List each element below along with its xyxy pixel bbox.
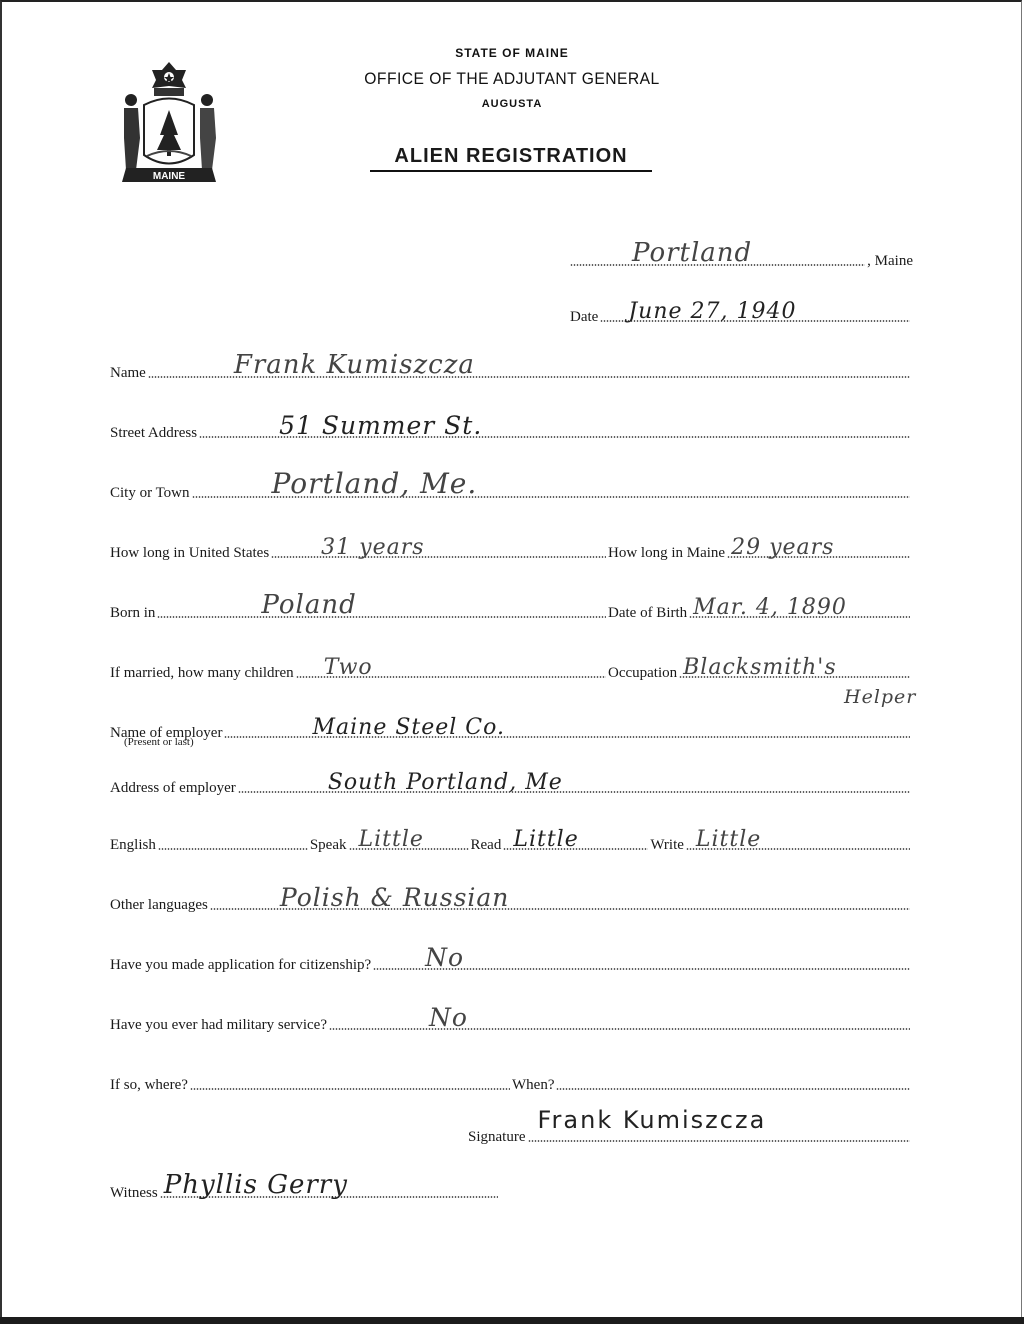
speak-label: Speak [310, 837, 347, 854]
born-in-field[interactable]: Born in Poland [110, 600, 608, 622]
write-value: Little [696, 827, 761, 852]
place-value: Portland [632, 238, 752, 268]
date-of-birth-field[interactable]: Date of Birth Mar. 4, 1890 [608, 600, 912, 622]
how-long-us-label: How long in United States [110, 545, 269, 562]
children-label: If married, how many children [110, 665, 294, 682]
read-label: Read [471, 837, 502, 854]
registration-form-page: MAINE STATE OF MAINE OFFICE OF THE ADJUT… [0, 0, 1022, 1317]
if-so-where-label: If so, where? [110, 1077, 188, 1094]
other-languages-label: Other languages [110, 897, 208, 914]
employer-address-field[interactable]: Address of employer South Portland, Me [110, 775, 912, 797]
occupation-value-line2: Helper [844, 686, 916, 708]
employer-name-note: (Present or last) [124, 736, 194, 748]
employer-address-value: South Portland, Me [328, 770, 563, 795]
speak-value: Little [359, 827, 424, 852]
date-value: June 27, 1940 [628, 299, 796, 324]
other-languages-value: Polish & Russian [280, 883, 510, 912]
how-long-maine-field[interactable]: How long in Maine 29 years [608, 540, 912, 562]
date-of-birth-value: Mar. 4, 1890 [693, 595, 847, 620]
employer-name-value: Maine Steel Co. [312, 715, 505, 740]
street-address-value: 51 Summer St. [279, 411, 482, 440]
citizenship-label: Have you made application for citizenshi… [110, 957, 371, 974]
write-label: Write [650, 837, 684, 854]
how-long-maine-value: 29 years [731, 535, 834, 560]
when-field[interactable]: When? [512, 1072, 912, 1094]
how-long-maine-label: How long in Maine [608, 545, 725, 562]
street-address-label: Street Address [110, 425, 197, 442]
born-in-value: Poland [261, 590, 356, 620]
children-value: Two [324, 655, 373, 680]
date-label: Date [570, 309, 598, 326]
citizenship-field[interactable]: Have you made application for citizenshi… [110, 952, 912, 974]
occupation-label: Occupation [608, 665, 677, 682]
children-field[interactable]: If married, how many children Two [110, 660, 608, 682]
maine-state-seal-icon: MAINE [114, 60, 224, 185]
witness-label: Witness [110, 1185, 158, 1202]
witness-value: Phyllis Gerry [164, 1170, 348, 1200]
other-languages-field[interactable]: Other languages Polish & Russian [110, 892, 912, 914]
street-address-field[interactable]: Street Address 51 Summer St. [110, 420, 912, 442]
signature-value: Frank Kumiszcza [538, 1106, 767, 1134]
scan-border [0, 1317, 1024, 1324]
employer-address-label: Address of employer [110, 780, 236, 797]
header-office: OFFICE OF THE ADJUTANT GENERAL [356, 69, 669, 89]
english-field[interactable]: English Speak Little Read Little Write L… [110, 832, 912, 854]
svg-text:MAINE: MAINE [153, 171, 186, 182]
if-so-where-field[interactable]: If so, where? [110, 1072, 512, 1094]
name-field[interactable]: Name Frank Kumiszcza [110, 360, 912, 382]
date-of-birth-label: Date of Birth [608, 605, 687, 622]
name-value: Frank Kumiszcza [234, 350, 475, 380]
how-long-us-value: 31 years [321, 535, 424, 560]
city-value: Portland, Me. [272, 467, 478, 500]
occupation-field[interactable]: Occupation Blacksmith's [608, 660, 912, 682]
how-long-us-field[interactable]: How long in United States 31 years [110, 540, 608, 562]
signature-label: Signature [468, 1129, 526, 1146]
header-state: STATE OF MAINE [342, 46, 682, 60]
english-label: English [110, 837, 156, 854]
born-in-label: Born in [110, 605, 155, 622]
read-value: Little [513, 827, 578, 852]
form-title: ALIEN REGISTRATION [370, 145, 652, 172]
military-service-value: No [429, 1003, 468, 1032]
signature-field[interactable]: Signature Frank Kumiszcza [468, 1124, 912, 1146]
city-label: City or Town [110, 485, 190, 502]
place-suffix: , Maine [867, 253, 913, 270]
when-label: When? [512, 1077, 554, 1094]
name-label: Name [110, 365, 146, 382]
military-service-label: Have you ever had military service? [110, 1017, 327, 1034]
header-city: AUGUSTA [342, 98, 682, 110]
city-field[interactable]: City or Town Portland, Me. [110, 480, 912, 502]
witness-field[interactable]: Witness Phyllis Gerry [110, 1180, 500, 1202]
date-field[interactable]: Date June 27, 1940 [570, 304, 912, 326]
occupation-value: Blacksmith's [683, 655, 837, 680]
military-service-field[interactable]: Have you ever had military service? No [110, 1012, 912, 1034]
employer-name-field[interactable]: Name of employer Maine Steel Co. [110, 720, 912, 742]
place-field[interactable]: Portland , Maine [568, 248, 913, 270]
citizenship-value: No [425, 943, 464, 972]
